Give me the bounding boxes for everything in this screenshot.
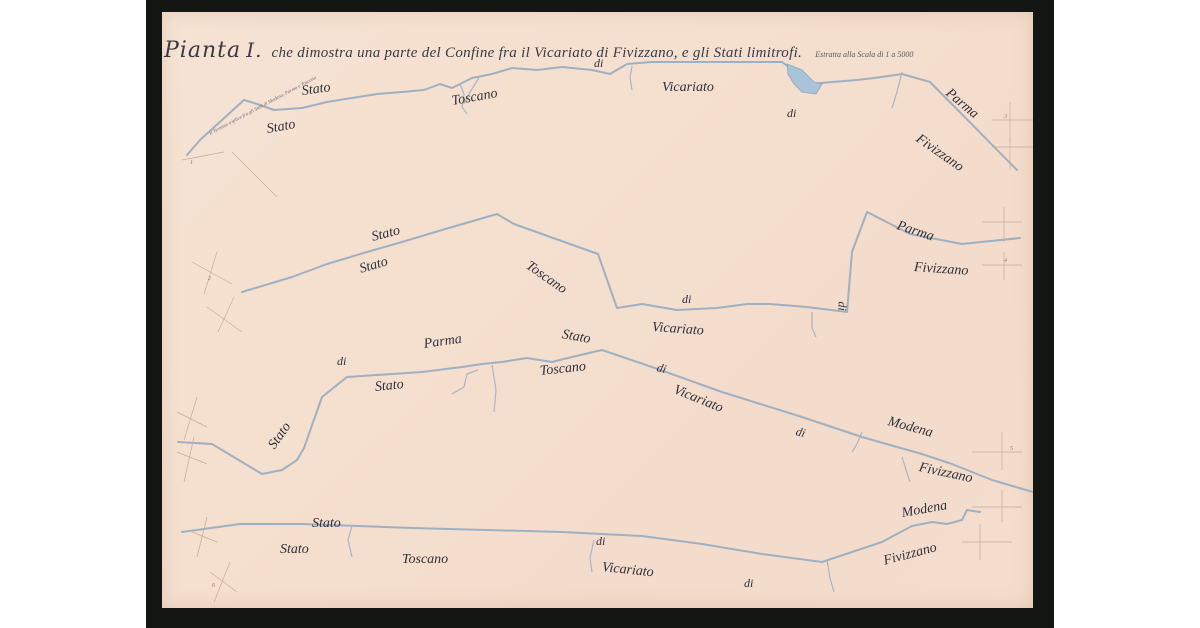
svg-text:2: 2	[208, 276, 211, 282]
label-stato-mid-3: Stato	[374, 377, 404, 396]
label-di-top-1: di	[594, 56, 603, 71]
svg-text:5: 5	[1010, 446, 1013, 452]
label-di-left-3: di	[337, 354, 346, 369]
label-stato-lower-4: Stato	[280, 542, 309, 558]
label-vicariato-1: Vicariato	[662, 80, 714, 96]
label-di-right-2: di	[835, 302, 850, 311]
label-stato-upper-4: Stato	[312, 516, 341, 532]
label-di-top-4: di	[596, 534, 605, 549]
lake-shape	[787, 64, 822, 94]
label-di-low-2: di	[682, 292, 691, 307]
map-sheet: Pianta I. che dimostra una parte del Con…	[162, 12, 1033, 608]
svg-text:1: 1	[190, 160, 193, 166]
label-di-mid-1: di	[787, 106, 796, 121]
svg-text:6: 6	[212, 583, 215, 589]
label-di-low-4: di	[744, 576, 753, 591]
svg-text:3: 3	[1003, 114, 1007, 120]
svg-text:4: 4	[1004, 257, 1007, 264]
label-toscano-4: Toscano	[402, 552, 448, 568]
